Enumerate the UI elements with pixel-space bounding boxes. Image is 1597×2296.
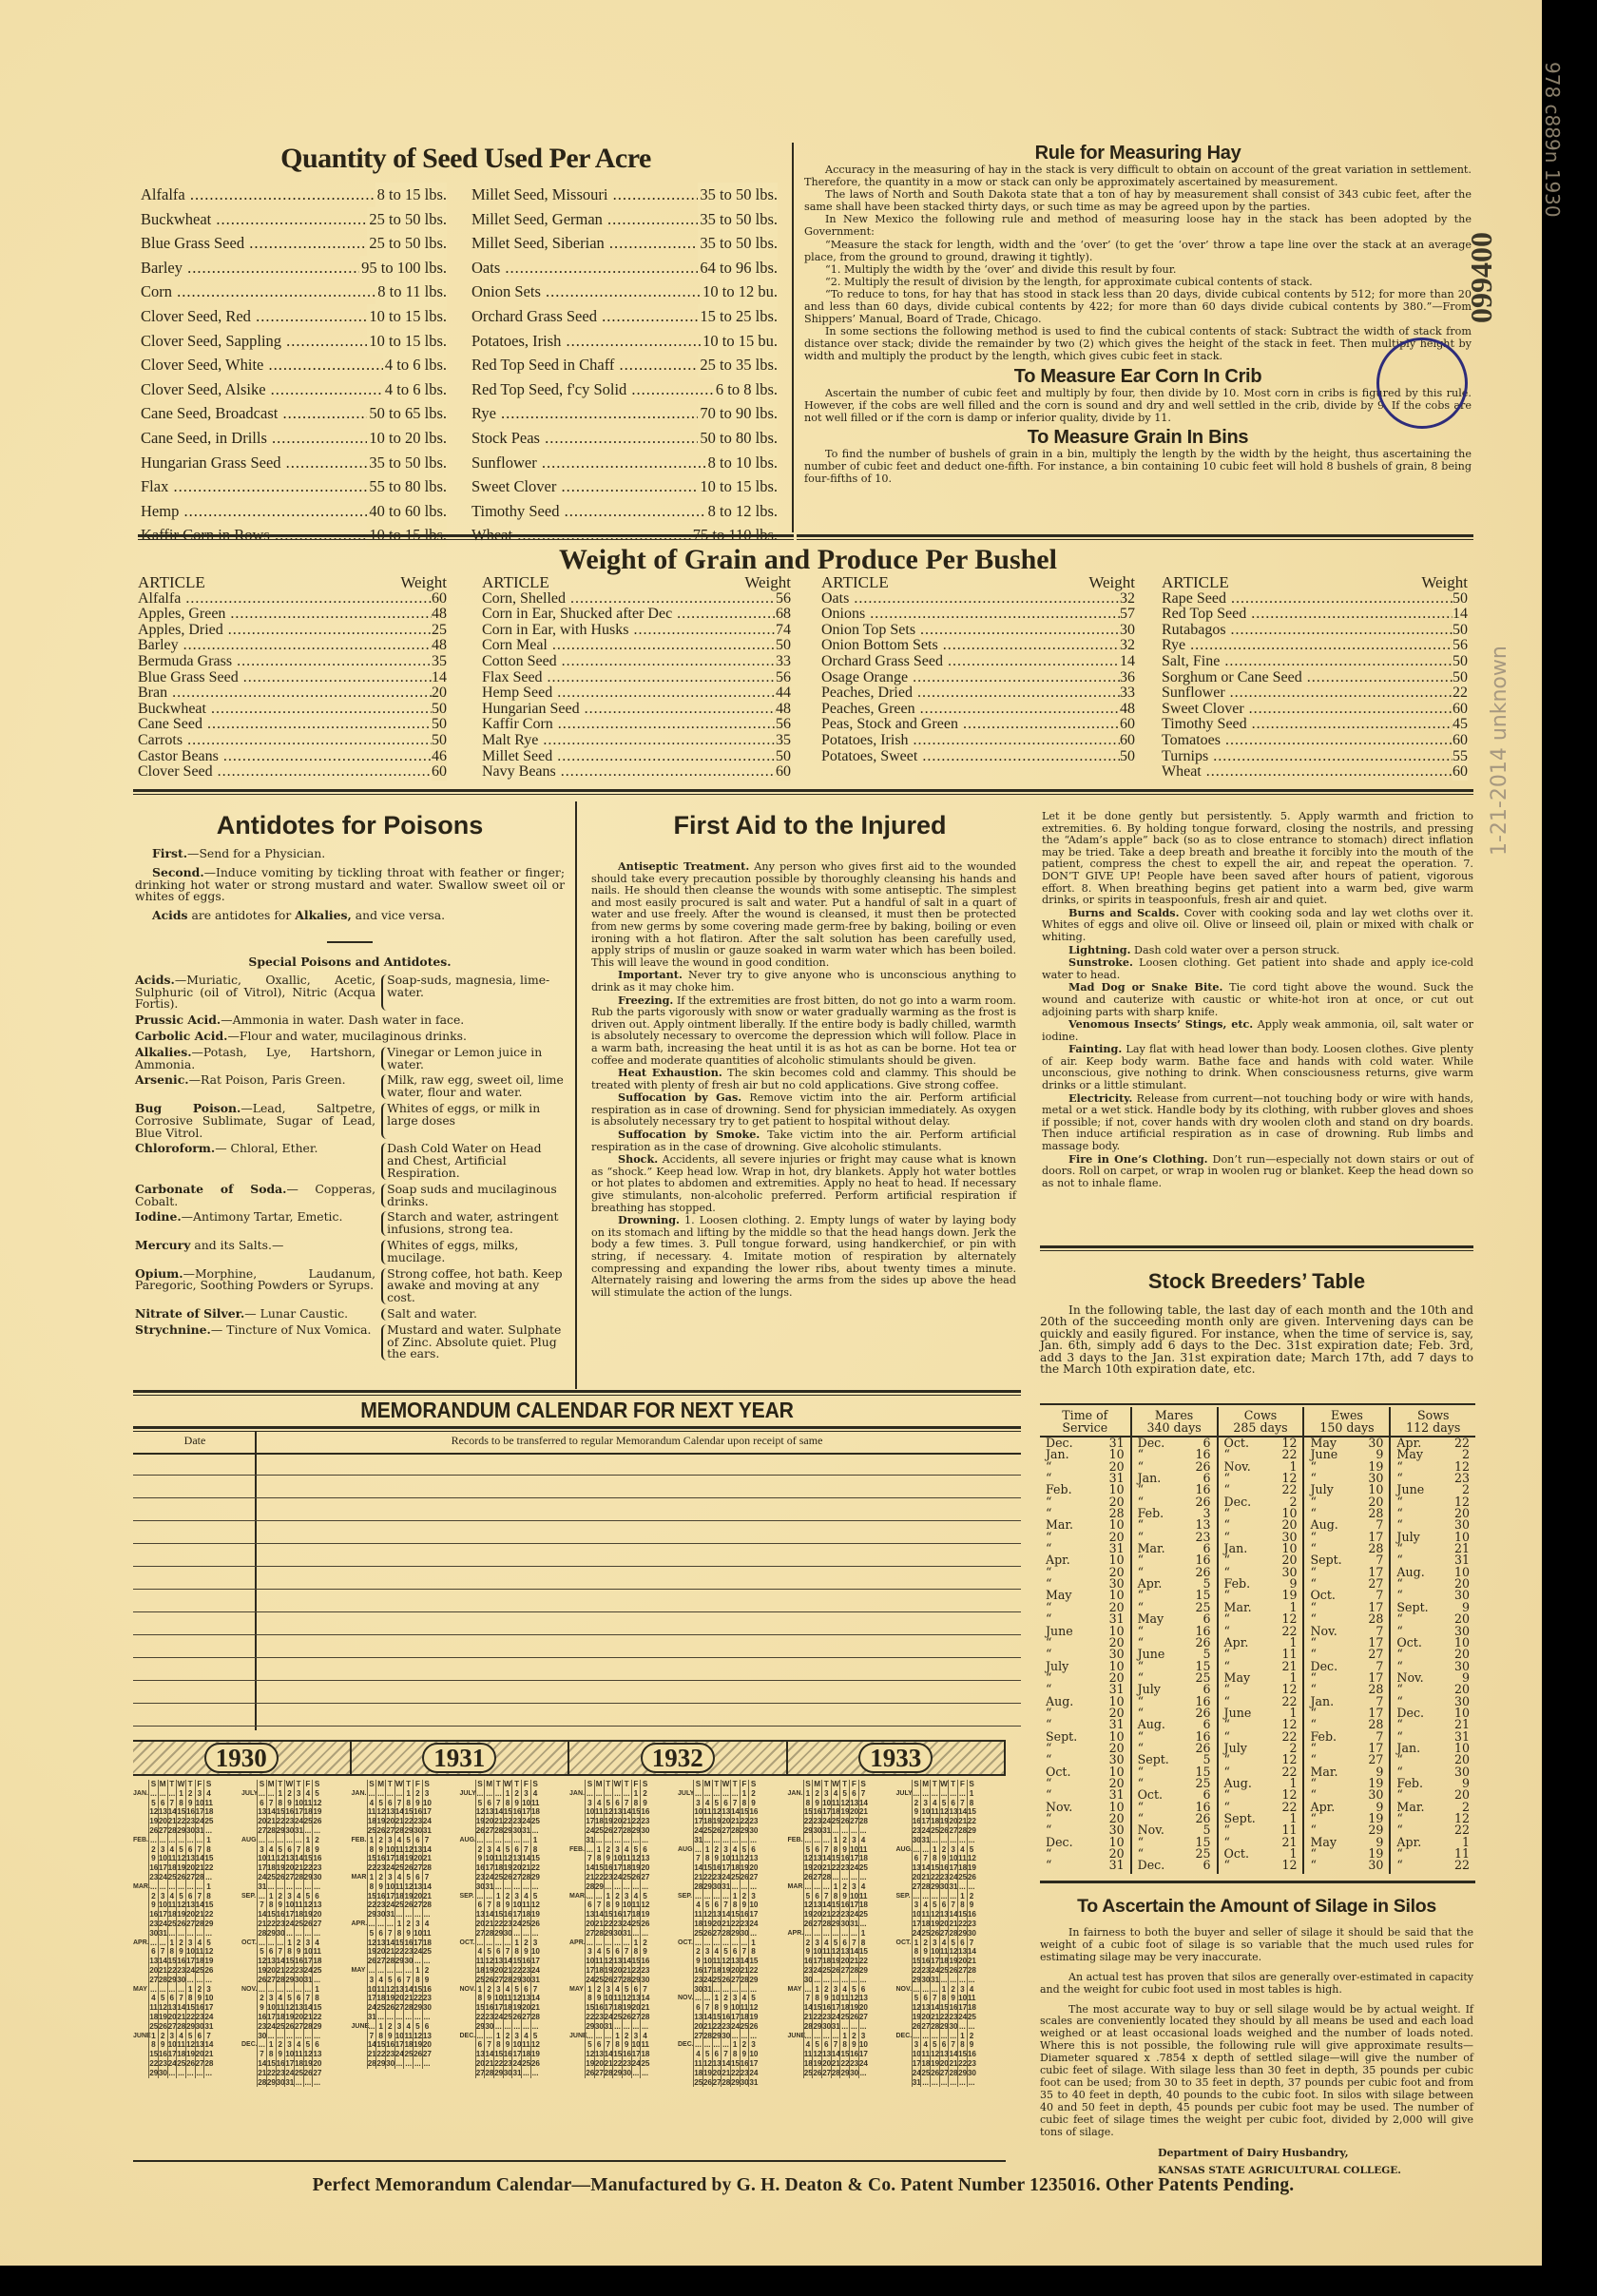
- stock-row: “20“26Sept.1“19“12: [1040, 1813, 1475, 1824]
- month-spacer: [133, 1892, 148, 1901]
- day-cell: 15: [967, 1807, 976, 1817]
- day-cell: 26: [530, 2059, 540, 2069]
- day-cell: 24: [693, 1826, 702, 1836]
- day-cell: 28: [858, 1817, 868, 1826]
- cell-day: 22: [1454, 1860, 1470, 1871]
- day-cell: 5: [702, 1900, 712, 1910]
- header-line-2: 340 days: [1132, 1422, 1217, 1435]
- month-spacer: [788, 1799, 803, 1808]
- month-spacer: [352, 1994, 367, 2003]
- day-cell: 19: [303, 1910, 313, 1920]
- day-cell: 12: [385, 1985, 394, 1995]
- day-cell: 31: [721, 1882, 730, 1892]
- day-cell: 17: [920, 1817, 930, 1826]
- day-cell: 1: [939, 1985, 949, 1995]
- month-spacer: [133, 1900, 148, 1910]
- month-spacer: [241, 2078, 257, 2088]
- month-label: DEC.: [241, 2040, 257, 2050]
- memo-writing-lines[interactable]: [133, 1453, 1021, 1727]
- antidote-text: Salt and water.: [381, 1308, 477, 1321]
- day-cell: 24: [385, 1863, 394, 1873]
- month-spacer: [678, 1929, 693, 1939]
- day-cell: 19: [640, 1910, 649, 1920]
- day-cell: 3: [693, 1799, 702, 1808]
- memo-line[interactable]: [133, 1681, 1021, 1704]
- article-weight: 48: [432, 607, 447, 623]
- day-cell: 5: [812, 2040, 821, 2050]
- day-cell: ...: [821, 1929, 831, 1939]
- memo-line[interactable]: [133, 1658, 1021, 1681]
- day-cell: 12: [930, 1910, 939, 1920]
- month-spacer: [352, 1799, 367, 1808]
- day-cell: 11: [521, 2040, 530, 2050]
- day-cell: 31: [422, 1826, 432, 1836]
- day-cell: 13: [849, 1799, 858, 1808]
- day-cell: 7: [484, 1900, 493, 1910]
- day-cell: 7: [503, 1947, 512, 1957]
- day-cell: 28: [394, 1826, 404, 1836]
- seed-range: 8 to 10 lbs.: [706, 451, 778, 475]
- day-cell: ...: [748, 1985, 758, 1995]
- hay-paragraph: In New Mexico the following rule and met…: [804, 213, 1472, 238]
- weekday-label: M: [594, 1780, 604, 1789]
- day-cell: 26: [303, 2069, 313, 2078]
- seed-list-right: Millet Seed, Missouri35 to 50 lbs.Millet…: [471, 183, 778, 548]
- day-cell: 26: [176, 1920, 185, 1929]
- first-aid-label: Shock.: [618, 1152, 658, 1166]
- day-cell: 7: [604, 2040, 613, 2050]
- day-cell: ...: [912, 1789, 921, 1799]
- day-cell: 11: [858, 1892, 868, 1901]
- month-spacer: [788, 2059, 803, 2069]
- day-cell: 21: [257, 1920, 266, 1929]
- poison-text: —Antimony Tartar, Emetic.: [182, 1209, 343, 1224]
- seed-range: 35 to 50 lbs.: [367, 451, 447, 475]
- day-cell: 18: [858, 1854, 868, 1863]
- day-cell: 28: [730, 1826, 740, 1836]
- day-cell: 12: [812, 2050, 821, 2059]
- poison-list: Acids.—Muriatic, Oxallic, Acetic, Sulphu…: [135, 974, 565, 1360]
- month-spacer: [133, 1845, 148, 1855]
- day-cell: 2: [422, 1966, 432, 1976]
- day-cell: ...: [740, 1985, 749, 1995]
- day-cell: ...: [702, 1836, 712, 1845]
- day-cell: 21: [385, 1947, 394, 1957]
- day-cell: 18: [303, 1807, 313, 1817]
- article-weight: 46: [432, 749, 447, 765]
- day-cell: 13: [185, 1900, 195, 1910]
- month-label: AUG.: [678, 1845, 693, 1855]
- weight-column-header: ARTICLEWeight: [138, 575, 447, 591]
- weekday-label: M: [375, 1780, 385, 1789]
- weight-row: Salt, Fine50: [1162, 654, 1468, 670]
- memo-line[interactable]: [133, 1498, 1021, 1521]
- day-cell: 20: [912, 1873, 921, 1882]
- article-name: Bermuda Grass: [138, 654, 432, 670]
- poison-text: —Ammonia in water. Dash water in face.: [221, 1013, 464, 1027]
- day-cell: 2: [740, 1892, 749, 1901]
- day-cell: 21: [276, 1966, 285, 1976]
- day-cell: 17: [203, 2003, 213, 2013]
- day-cell: 24: [849, 1863, 858, 1873]
- month-spacer: [352, 1900, 367, 1910]
- day-cell: 20: [475, 1920, 485, 1929]
- day-cell: 23: [284, 1817, 294, 1826]
- day-cell: ...: [594, 1789, 604, 1799]
- day-cell: 4: [858, 1882, 868, 1892]
- day-cell: 25: [422, 1947, 432, 1957]
- weight-title: Weight of Grain and Produce Per Bushel: [380, 544, 1236, 576]
- day-cell: 2: [939, 1845, 949, 1855]
- day-cell: 23: [920, 1966, 930, 1976]
- day-cell: 25: [939, 1966, 949, 1976]
- day-cell: 7: [367, 2032, 376, 2041]
- day-cell: 26: [158, 2022, 167, 2032]
- day-cell: 15: [503, 1807, 512, 1817]
- day-cell: 10: [530, 1947, 540, 1957]
- day-cell: 9: [640, 1947, 649, 1957]
- day-cell: ...: [967, 1882, 976, 1892]
- day-cell: 8: [957, 1900, 967, 1910]
- day-cell: 20: [413, 1892, 422, 1901]
- day-cell: 22: [930, 1873, 939, 1882]
- day-cell: 26: [939, 1826, 949, 1836]
- weight-row: Peas, Stock and Green60: [821, 717, 1135, 733]
- day-cell: 11: [195, 1947, 204, 1957]
- month-label: JULY: [460, 1789, 475, 1799]
- month-spacer: [569, 2050, 585, 2059]
- month-spacer: [896, 1957, 912, 1966]
- weight-row: Onion Top Sets30: [821, 623, 1135, 639]
- day-cell: ...: [640, 2069, 649, 2078]
- article-weight: 74: [776, 623, 791, 639]
- day-cell: ...: [594, 1836, 604, 1845]
- day-cell: 25: [493, 1873, 503, 1882]
- day-cell: 15: [367, 1892, 376, 1901]
- day-cell: 26: [930, 2069, 939, 2078]
- day-cell: 26: [748, 2022, 758, 2032]
- day-cell: 27: [158, 1826, 167, 1836]
- month-spacer: [569, 1957, 585, 1966]
- day-cell: 21: [594, 1920, 604, 1929]
- day-cell: ...: [385, 2013, 394, 2022]
- stock-row: “31Aug.6“12“28“21: [1040, 1719, 1475, 1730]
- day-cell: 8: [730, 1900, 740, 1910]
- day-cell: 14: [702, 2013, 712, 2022]
- month-spacer: [133, 1873, 148, 1882]
- month-spacer: [133, 1966, 148, 1976]
- day-cell: ...: [167, 1836, 177, 1845]
- day-cell: ...: [594, 1892, 604, 1901]
- day-cell: ...: [312, 1929, 321, 1939]
- memo-line[interactable]: [133, 1521, 1021, 1544]
- silage-paragraph: The most accurate way to buy or sell sil…: [1040, 2004, 1473, 2139]
- day-cell: 17: [367, 1994, 376, 2003]
- day-cell: 26: [385, 2003, 394, 2013]
- stock-row: “20“25Aug.1“19Feb.9: [1040, 1778, 1475, 1789]
- month-spacer: [678, 1966, 693, 1976]
- poison-text: — Chloral, Ether.: [215, 1141, 317, 1155]
- memo-line[interactable]: [133, 1635, 1021, 1658]
- day-cell: ...: [920, 1892, 930, 1901]
- day-cell: 12: [530, 2040, 540, 2050]
- day-cell: 16: [375, 1854, 385, 1863]
- day-cell: 15: [303, 1854, 313, 1863]
- day-cell: 17: [622, 1910, 631, 1920]
- day-cell: 17: [912, 1920, 921, 1929]
- day-cell: 1: [185, 1985, 195, 1995]
- day-cell: 18: [967, 2003, 976, 2013]
- day-cell: 22: [167, 1966, 177, 1976]
- seed-row: Millet Seed, Missouri35 to 50 lbs.: [471, 183, 778, 207]
- day-cell: 29: [176, 1826, 185, 1836]
- day-cell: 21: [622, 1966, 631, 1976]
- day-cell: 22: [203, 1910, 213, 1920]
- day-cell: 19: [530, 1910, 540, 1920]
- day-cell: 21: [195, 1863, 204, 1873]
- memo-line[interactable]: [133, 1612, 1021, 1635]
- day-cell: 4: [930, 1799, 939, 1808]
- day-cell: 30: [185, 1826, 195, 1836]
- stock-row: “31Mar.6Jan.10“28“21: [1040, 1543, 1475, 1554]
- day-cell: ...: [831, 1929, 840, 1939]
- day-cell: 13: [257, 1807, 266, 1817]
- day-cell: 18: [920, 2059, 930, 2069]
- month-spacer: [569, 1826, 585, 1836]
- day-cell: 7: [422, 1836, 432, 1845]
- first-aid-label: Fire in One’s Clothing.: [1068, 1152, 1208, 1166]
- day-cell: 25: [594, 1826, 604, 1836]
- month-spacer: [678, 2003, 693, 2013]
- seed-name: Cane Seed, in Drills: [141, 426, 367, 451]
- month-spacer: [460, 1863, 475, 1873]
- month-spacer: [460, 2040, 475, 2050]
- month-spacer: [460, 2022, 475, 2032]
- day-cell: 29: [303, 1873, 313, 1882]
- day-cell: 24: [912, 2069, 921, 2078]
- day-cell: 5: [622, 1985, 631, 1995]
- memo-line[interactable]: [133, 1590, 1021, 1612]
- day-cell: 8: [266, 2050, 276, 2059]
- day-cell: ...: [821, 1836, 831, 1845]
- day-cell: 7: [195, 1892, 204, 1901]
- day-cell: 20: [693, 2022, 702, 2032]
- day-cell: 27: [148, 1976, 158, 1985]
- day-cell: 21: [158, 1966, 167, 1976]
- day-cell: 10: [511, 1900, 521, 1910]
- day-cell: 21: [367, 2050, 376, 2059]
- day-cell: 25: [920, 1929, 930, 1939]
- day-cell: ...: [631, 2022, 641, 2032]
- first-aid-label: Burns and Scalds.: [1068, 906, 1179, 919]
- day-cell: 5: [312, 1789, 321, 1799]
- day-cell: 16: [967, 2050, 976, 2059]
- day-cell: 6: [294, 1994, 303, 2003]
- day-cell: 15: [831, 1854, 840, 1863]
- day-cell: 2: [740, 2040, 749, 2050]
- day-cell: 30: [920, 1976, 930, 1985]
- day-cell: 9: [312, 1845, 321, 1855]
- day-cell: ...: [839, 1976, 849, 1985]
- day-cell: ...: [195, 1882, 204, 1892]
- day-cell: 30: [967, 2069, 976, 2078]
- day-cell: ...: [276, 1939, 285, 1948]
- day-cell: 29: [839, 2069, 849, 2078]
- calendar-half-year: SMTWTFSJAN.............12345678910111213…: [352, 1780, 432, 2069]
- memo-line[interactable]: [133, 1544, 1021, 1567]
- day-cell: 22: [266, 2069, 276, 2078]
- day-cell: 13: [284, 1854, 294, 1863]
- day-cell: ...: [530, 1826, 540, 1836]
- day-cell: 14: [730, 1807, 740, 1817]
- day-cell: 5: [176, 1892, 185, 1901]
- day-cell: 16: [594, 2003, 604, 2013]
- day-cell: 12: [185, 2040, 195, 2050]
- month-spacer: [460, 1976, 475, 1985]
- article-weight: 50: [1453, 591, 1468, 608]
- article-weight: 14: [432, 670, 447, 686]
- day-cell: 14: [484, 2050, 493, 2059]
- month-spacer: [896, 1863, 912, 1873]
- hay-paragraph: “To reduce to tons, for hay that has sto…: [804, 288, 1472, 325]
- weekday-spacer: [896, 1780, 912, 1789]
- memo-line[interactable]: [133, 1476, 1021, 1498]
- day-cell: 24: [257, 1873, 266, 1882]
- seed-range: 4 to 6 lbs.: [383, 377, 447, 402]
- day-cell: 4: [712, 1947, 722, 1957]
- seed-range: 25 to 50 lbs.: [367, 207, 447, 232]
- article-weight: 30: [1120, 623, 1135, 639]
- day-cell: ...: [858, 1826, 868, 1836]
- memo-line[interactable]: [133, 1567, 1021, 1590]
- day-cell: ...: [740, 1836, 749, 1845]
- weight-row: Onions57: [821, 607, 1135, 623]
- day-cell: 2: [821, 1985, 831, 1995]
- first-aid-paragraph: Lightning. Dash cold water over a person…: [1042, 944, 1473, 957]
- weekday-label: S: [148, 1780, 158, 1789]
- day-cell: 2: [185, 1789, 195, 1799]
- day-cell: 3: [511, 1892, 521, 1901]
- day-cell: 28: [422, 1863, 432, 1873]
- day-cell: 2: [195, 1985, 204, 1995]
- day-cell: 14: [622, 1957, 631, 1966]
- day-cell: ...: [693, 2040, 702, 2050]
- day-cell: 3: [920, 1799, 930, 1808]
- day-cell: 29: [203, 1920, 213, 1929]
- day-cell: 26: [375, 1826, 385, 1836]
- day-cell: 2: [839, 1882, 849, 1892]
- poison-row: Carbolic Acid.—Flour and water, mucilagi…: [135, 1031, 565, 1043]
- day-cell: 17: [821, 1807, 831, 1817]
- day-cell: 19: [912, 2013, 921, 2022]
- day-cell: ...: [257, 1939, 266, 1948]
- day-cell: 8: [631, 1799, 641, 1808]
- day-cell: 28: [930, 2022, 939, 2032]
- day-cell: ...: [849, 1929, 858, 1939]
- ear-corn-text: Ascertain the number of cubic feet and m…: [804, 387, 1472, 424]
- day-cell: 27: [394, 2003, 404, 2013]
- day-cell: 28: [493, 1826, 503, 1836]
- day-cell: 4: [403, 2022, 413, 2032]
- day-cell: 31: [849, 1920, 858, 1929]
- stock-row: “31Dec.6“12“30“22: [1040, 1860, 1475, 1873]
- day-cell: ...: [622, 1882, 631, 1892]
- day-cell: ...: [930, 2078, 939, 2088]
- day-cell: 8: [831, 1892, 840, 1901]
- poison-row: Alkalies.—Potash, Lye, Hartshorn, Ammoni…: [135, 1047, 565, 1071]
- month-spacer: [678, 1910, 693, 1920]
- weight-row: Malt Rye35: [482, 733, 791, 749]
- day-cell: ...: [957, 2022, 967, 2032]
- day-cell: 3: [831, 1985, 840, 1995]
- day-cell: 10: [721, 1854, 730, 1863]
- day-cell: ...: [312, 1976, 321, 1985]
- day-cell: ...: [195, 1976, 204, 1985]
- day-cell: 15: [585, 2003, 594, 2013]
- day-cell: 12: [712, 1807, 722, 1817]
- article-weight: 48: [432, 638, 447, 654]
- day-cell: ...: [312, 1826, 321, 1836]
- stock-column-header: Time ofService: [1040, 1407, 1131, 1437]
- day-cell: 14: [422, 1845, 432, 1855]
- day-cell: 5: [849, 1985, 858, 1995]
- day-cell: 16: [195, 2003, 204, 2013]
- day-cell: 10: [158, 1900, 167, 1910]
- day-cell: 28: [176, 2022, 185, 2032]
- month-spacer: [678, 1957, 693, 1966]
- day-cell: 9: [413, 1799, 422, 1808]
- stock-rule: [1040, 1403, 1475, 1405]
- weight-row: Peaches, Dried33: [821, 685, 1135, 702]
- article-weight: 33: [776, 654, 791, 670]
- seed-row: Millet Seed, German35 to 50 lbs.: [471, 207, 778, 232]
- day-cell: 19: [375, 1817, 385, 1826]
- day-cell: 26: [413, 2050, 422, 2059]
- day-cell: 22: [967, 1817, 976, 1826]
- day-cell: 30: [257, 2032, 266, 2041]
- day-cell: 10: [185, 1947, 195, 1957]
- day-cell: ...: [631, 2069, 641, 2078]
- day-cell: 25: [394, 1863, 404, 1873]
- day-cell: 13: [821, 2050, 831, 2059]
- day-cell: 6: [939, 2040, 949, 2050]
- weight-row: Rutabagos50: [1162, 623, 1468, 639]
- day-cell: 21: [530, 2003, 540, 2013]
- day-cell: 13: [712, 2059, 722, 2069]
- day-cell: 26: [912, 2022, 921, 2032]
- seed-range: 25 to 35 lbs.: [698, 353, 778, 377]
- day-cell: ...: [422, 1957, 432, 1966]
- day-cell: 7: [394, 1799, 404, 1808]
- day-cell: 23: [748, 1817, 758, 1826]
- day-cell: 14: [394, 1807, 404, 1817]
- seed-range: 8 to 11 lbs.: [375, 280, 447, 304]
- weight-row: Red Top Seed14: [1162, 607, 1468, 623]
- memo-line[interactable]: [133, 1453, 1021, 1476]
- month-label: APR.: [352, 1920, 367, 1929]
- day-cell: 26: [148, 1826, 158, 1836]
- day-cell: 15: [266, 1910, 276, 1920]
- memo-line[interactable]: [133, 1704, 1021, 1727]
- day-cell: 1: [604, 1892, 613, 1901]
- day-cell: 20: [939, 1920, 949, 1929]
- day-cell: 16: [939, 1863, 949, 1873]
- day-cell: 13: [375, 1939, 385, 1948]
- day-cell: ...: [831, 2032, 840, 2041]
- day-cell: 17: [511, 2050, 521, 2059]
- day-cell: 19: [748, 2013, 758, 2022]
- weight-column-header: ARTICLEWeight: [482, 575, 791, 591]
